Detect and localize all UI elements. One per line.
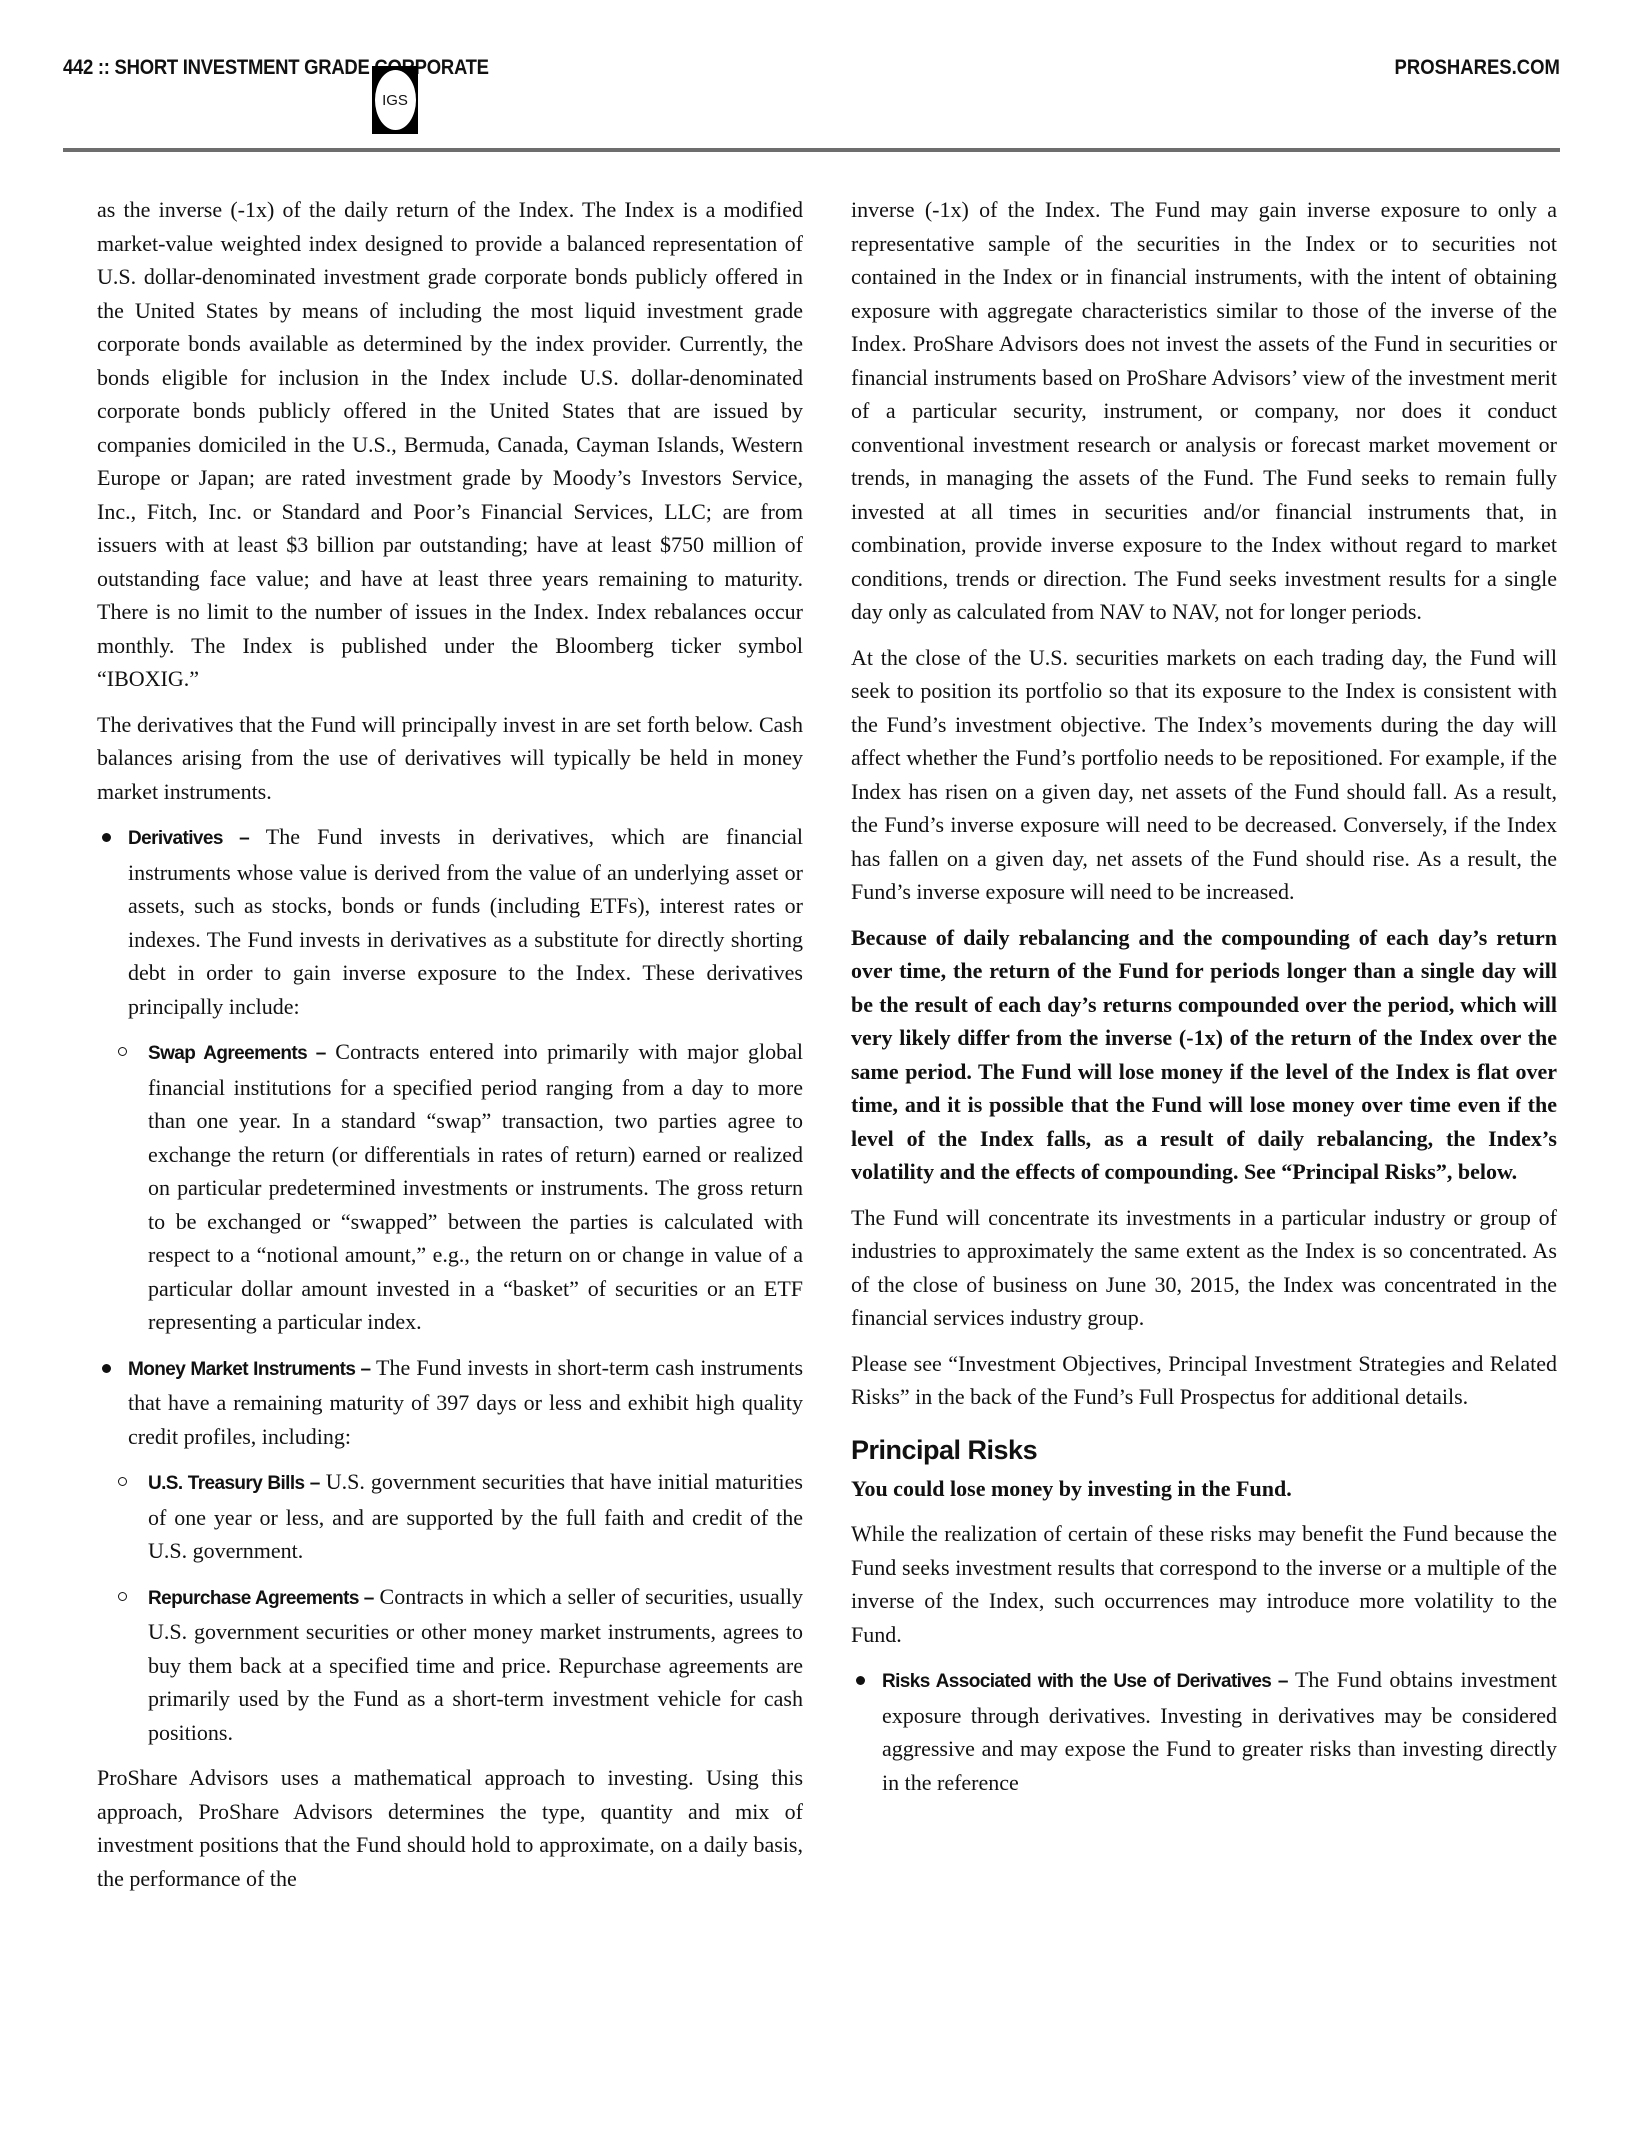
bullet-label: Risks Associated with the Use of Derivat… [882, 1671, 1288, 1692]
site-name: PROSHARES.COM [1395, 56, 1560, 80]
section-title-principal-risks: Principal Risks [851, 1432, 1557, 1468]
derivatives-intro-paragraph: The derivatives that the Fund will princ… [97, 708, 803, 809]
section-subtitle: You could lose money by investing in the… [851, 1472, 1557, 1506]
ticker-badge-label: IGS [375, 70, 416, 130]
prospectus-reference-paragraph: Please see “Investment Objectives, Princ… [851, 1347, 1557, 1414]
subbullet-swap-agreements: Swap Agreements – Contracts entered into… [97, 1035, 803, 1339]
subbullet-label: U.S. Treasury Bills – [148, 1473, 320, 1494]
page-number-and-fund-title: 442 :: SHORT INVESTMENT GRADE CORPORATE [63, 56, 489, 80]
mathematical-approach-paragraph: ProShare Advisors uses a mathematical ap… [97, 1761, 803, 1895]
subbullet-repurchase-agreements: Repurchase Agreements – Contracts in whi… [97, 1580, 803, 1750]
risk-intro-paragraph: While the realization of certain of thes… [851, 1517, 1557, 1651]
subbullet-text: Contracts entered into primarily with ma… [148, 1039, 803, 1334]
compounding-warning-paragraph: Because of daily rebalancing and the com… [851, 921, 1557, 1189]
subbullet-label: Repurchase Agreements – [148, 1588, 374, 1609]
daily-positioning-paragraph: At the close of the U.S. securities mark… [851, 641, 1557, 909]
left-column: as the inverse (-1x) of the daily return… [97, 193, 803, 1907]
subbullet-treasury-bills: U.S. Treasury Bills – U.S. government se… [97, 1465, 803, 1568]
index-description-paragraph: as the inverse (-1x) of the daily return… [97, 193, 803, 696]
concentration-paragraph: The Fund will concentrate its investment… [851, 1201, 1557, 1335]
bullet-text: The Fund invests in derivatives, which a… [128, 824, 803, 1019]
header-divider [63, 148, 1560, 152]
inverse-exposure-paragraph: inverse (-1x) of the Index. The Fund may… [851, 193, 1557, 629]
bullet-label: Derivatives – [128, 828, 249, 849]
ticker-badge: IGS [372, 66, 418, 134]
right-column: inverse (-1x) of the Index. The Fund may… [851, 193, 1557, 1811]
bullet-label: Money Market Instruments – [128, 1359, 370, 1380]
bullet-derivatives-risk: Risks Associated with the Use of Derivat… [851, 1663, 1557, 1799]
page-header: 442 :: SHORT INVESTMENT GRADE CORPORATE … [63, 46, 1560, 96]
subbullet-label: Swap Agreements – [148, 1043, 326, 1064]
bullet-money-market-instruments: Money Market Instruments – The Fund inve… [97, 1351, 803, 1454]
bullet-derivatives: Derivatives – The Fund invests in deriva… [97, 820, 803, 1023]
